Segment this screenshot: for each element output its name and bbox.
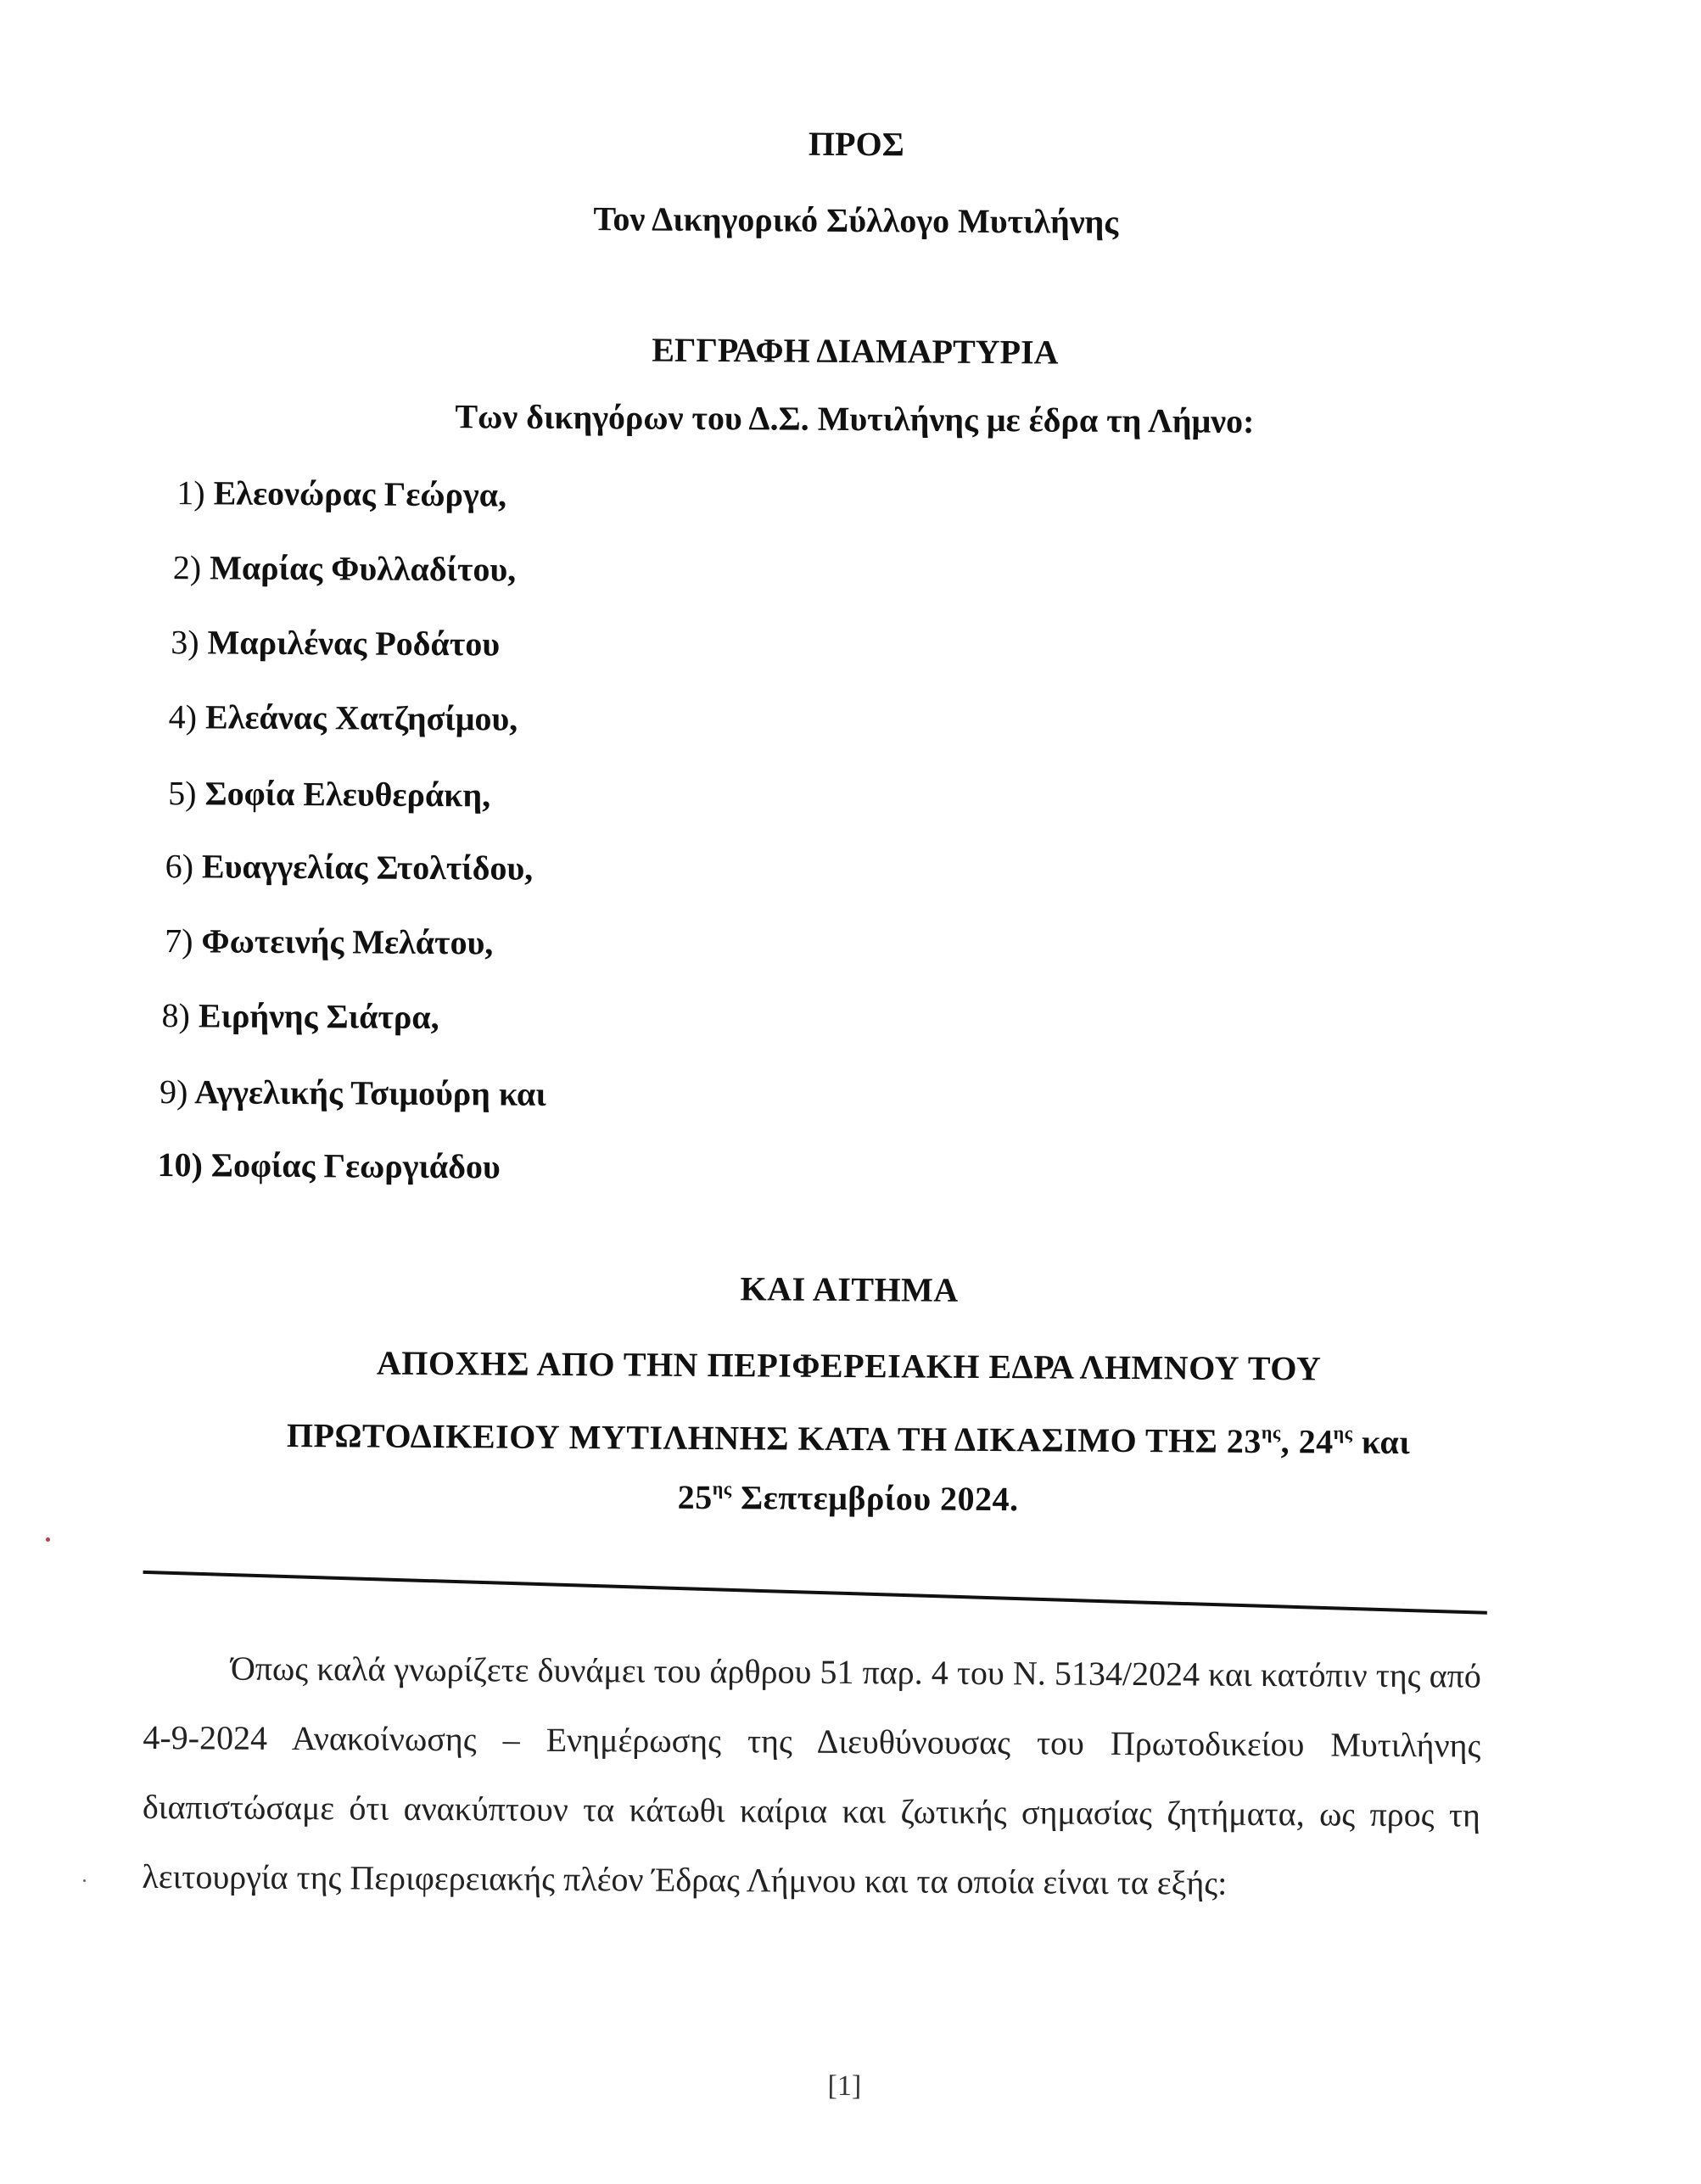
list-item: 5) Σοφία Ελευθεράκη, xyxy=(168,773,490,815)
lawyer-name: Ευαγγελίας Στολτίδου, xyxy=(202,847,533,887)
horizontal-rule xyxy=(143,1571,1486,1615)
request-line: 25ης Σεπτεμβρίου 2024. xyxy=(0,1473,1698,1523)
list-item: 6) Ευαγγελίας Στολτίδου, xyxy=(165,846,534,888)
list-item: 8) Ειρήνης Σιάτρα, xyxy=(161,995,439,1037)
request-line: ΑΠΟΧΗΣ ΑΠΟ ΤΗΝ ΠΕΡΙΦΕΡΕΙΑΚΗ ΕΔΡΑ ΛΗΜΝΟΥ … xyxy=(0,1341,1699,1391)
lawyer-name: Αγγελικής Τσιμούρη και xyxy=(194,1072,546,1113)
lawyer-name: Σοφίας Γεωργιάδου xyxy=(211,1145,501,1185)
lawyers-list: 1) Ελεονώρας Γεώργα, 2) Μαρίας Φυλλαδίτο… xyxy=(7,0,1701,5)
list-item: 9) Αγγελικής Τσιμούρη και xyxy=(159,1072,546,1114)
lawyer-name: Μαριλένας Ροδάτου xyxy=(207,623,500,663)
scan-speck xyxy=(46,1537,50,1542)
request-line: ΚΑΙ ΑΙΤΗΜΑ xyxy=(0,1264,1700,1314)
request-heading: ΚΑΙ ΑΙΤΗΜΑ ΑΠΟΧΗΣ ΑΠΟ ΤΗΝ ΠΕΡΙΦΕΡΕΙΑΚΗ Ε… xyxy=(7,0,1701,5)
list-item: 2) Μαρίας Φυλλαδίτου, xyxy=(173,547,517,589)
list-item: 4) Ελεάνας Χατζησίμου, xyxy=(169,697,518,739)
lawyer-name: Μαρίας Φυλλαδίτου, xyxy=(210,548,516,588)
document-subtitle: Των δικηγόρων του Δ.Σ. Μυτιλήνης με έδρα… xyxy=(4,394,1701,444)
list-item: 7) Φωτεινής Μελάτου, xyxy=(165,921,493,962)
lawyer-name: Ελεονώρας Γεώργα, xyxy=(214,473,507,513)
list-item: 3) Μαριλένας Ροδάτου xyxy=(171,622,500,664)
lawyer-name: Φωτεινής Μελάτου, xyxy=(201,921,493,961)
list-item: 1) Ελεονώρας Γεώργα, xyxy=(176,473,506,514)
document-page: ΠΡΟΣ Τον Δικηγορικό Σύλλογο Μυτιλήνης ΕΓ… xyxy=(0,0,1701,2184)
lawyer-name: Ελεάνας Χατζησίμου, xyxy=(205,697,518,737)
lawyer-name: Ειρήνης Σιάτρα, xyxy=(199,996,439,1036)
page-number: [1] xyxy=(0,2065,1695,2108)
list-item: 10) Σοφίας Γεωργιάδου xyxy=(157,1145,500,1186)
request-line: ΠΡΩΤΟΔΙΚΕΙΟΥ ΜΥΤΙΛΗΝΗΣ ΚΑΤΑ ΤΗ ΔΙΚΑΣΙΜΟ … xyxy=(0,1414,1699,1464)
lawyer-name: Σοφία Ελευθεράκη, xyxy=(204,774,490,814)
body-paragraph: Όπως καλά γνωρίζετε δυνάμει του άρθρου 5… xyxy=(142,1633,1481,1920)
addressee-label: ΠΡΟΣ xyxy=(6,119,1701,169)
document-title: ΕΓΓΡΑΦΗ ΔΙΑΜΑΡΤΥΡΙΑ xyxy=(4,326,1701,376)
addressee: Τον Δικηγορικό Σύλλογο Μυτιλήνης xyxy=(5,195,1701,245)
scan-speck xyxy=(83,1879,86,1882)
